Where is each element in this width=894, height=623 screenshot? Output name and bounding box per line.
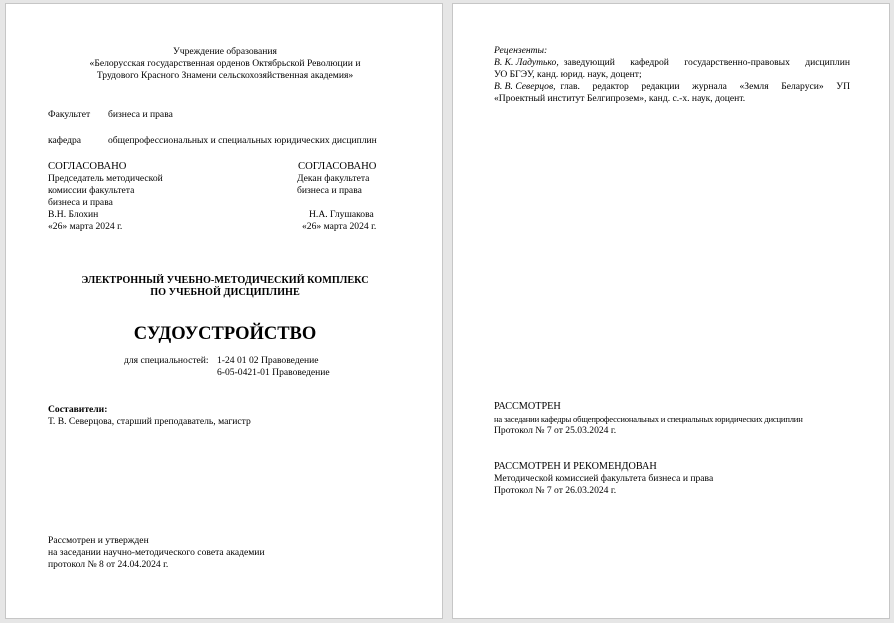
reviewed-line-1: на заседании кафедры общепрофессиональны… xyxy=(494,413,803,426)
approval-right-line-1: Декан факультета xyxy=(297,173,369,186)
recommended-line-1: Методической комиссией факультета бизнес… xyxy=(494,473,713,486)
approval-right-line-2: бизнеса и права xyxy=(297,185,362,198)
recommended-heading: РАССМОТРЕН И РЕКОМЕНДОВАН xyxy=(494,461,657,474)
reviewed-heading: РАССМОТРЕН xyxy=(494,401,561,414)
complex-title-line-2: ПО УЧЕБНОЙ ДИСЦИПЛИНЕ xyxy=(6,287,444,300)
authors-text: Т. В. Северцова, старший преподаватель, … xyxy=(48,416,251,429)
reviewer-2-line-2: «Проектный институт Белгипрозем», канд. … xyxy=(494,93,745,106)
approval-left-line-3: бизнеса и права xyxy=(48,197,113,210)
authors-heading: Составители: xyxy=(48,404,107,417)
department-label: кафедра xyxy=(48,135,81,148)
reviewer-2-text-a: глав. редактор редакции журнала «Земля Б… xyxy=(561,81,850,94)
specialty-2: 6-05-0421-01 Правоведение xyxy=(217,367,330,380)
approved-line-2: на заседании научно-методического совета… xyxy=(48,547,265,560)
recommended-line-2: Протокол № 7 от 26.03.2024 г. xyxy=(494,485,616,498)
reviewed-line-2: Протокол № 7 от 25.03.2024 г. xyxy=(494,425,616,438)
approval-right-date: «26» марта 2024 г. xyxy=(302,221,376,234)
discipline-title: СУДОУСТРОЙСТВО xyxy=(6,323,444,345)
complex-title-line-1: ЭЛЕКТРОННЫЙ УЧЕБНО-МЕТОДИЧЕСКИЙ КОМПЛЕКС xyxy=(6,275,444,288)
specialties-label: для специальностей: xyxy=(124,355,209,368)
reviewer-1-name: В. К. Ладутько, xyxy=(494,57,559,70)
department-value: общепрофессиональных и специальных юриди… xyxy=(108,135,377,148)
approval-left-date: «26» марта 2024 г. xyxy=(48,221,122,234)
faculty-label: Факультет xyxy=(48,109,90,122)
institution-line-3: Трудового Красного Знамени сельскохозяйс… xyxy=(6,70,444,83)
reviewer-1-line-2: УО БГЭУ, канд. юрид. наук, доцент; xyxy=(494,69,642,82)
approved-line-1: Рассмотрен и утвержден xyxy=(48,535,149,548)
specialty-1: 1-24 01 02 Правоведение xyxy=(217,355,318,368)
reviewer-2-name: В. В. Северцов, xyxy=(494,81,556,94)
approved-line-3: протокол № 8 от 24.04.2024 г. xyxy=(48,559,168,572)
reviewers-heading: Рецензенты: xyxy=(494,45,547,58)
faculty-value: бизнеса и права xyxy=(108,109,173,122)
approval-right-name: Н.А. Глушакова xyxy=(309,209,374,222)
approval-left-name: В.Н. Блохин xyxy=(48,209,98,222)
institution-line-2: «Белорусская государственная орденов Окт… xyxy=(6,58,444,71)
document-page-1: Учреждение образования «Белорусская госу… xyxy=(5,3,443,619)
document-page-2: Рецензенты: В. К. Ладутько, заведующий к… xyxy=(452,3,890,619)
approval-right-heading: СОГЛАСОВАНО xyxy=(298,161,376,174)
approval-left-heading: СОГЛАСОВАНО xyxy=(48,161,126,174)
approval-left-line-1: Председатель методической xyxy=(48,173,163,186)
reviewer-1-line-1: В. К. Ладутько, заведующий кафедрой госу… xyxy=(494,57,850,70)
reviewer-2-line-1: В. В. Северцов, глав. редактор редакции … xyxy=(494,81,850,94)
institution-line-1: Учреждение образования xyxy=(6,46,444,59)
approval-left-line-2: комиссии факультета xyxy=(48,185,134,198)
reviewer-1-text-a: заведующий кафедрой государственно-право… xyxy=(564,57,850,70)
